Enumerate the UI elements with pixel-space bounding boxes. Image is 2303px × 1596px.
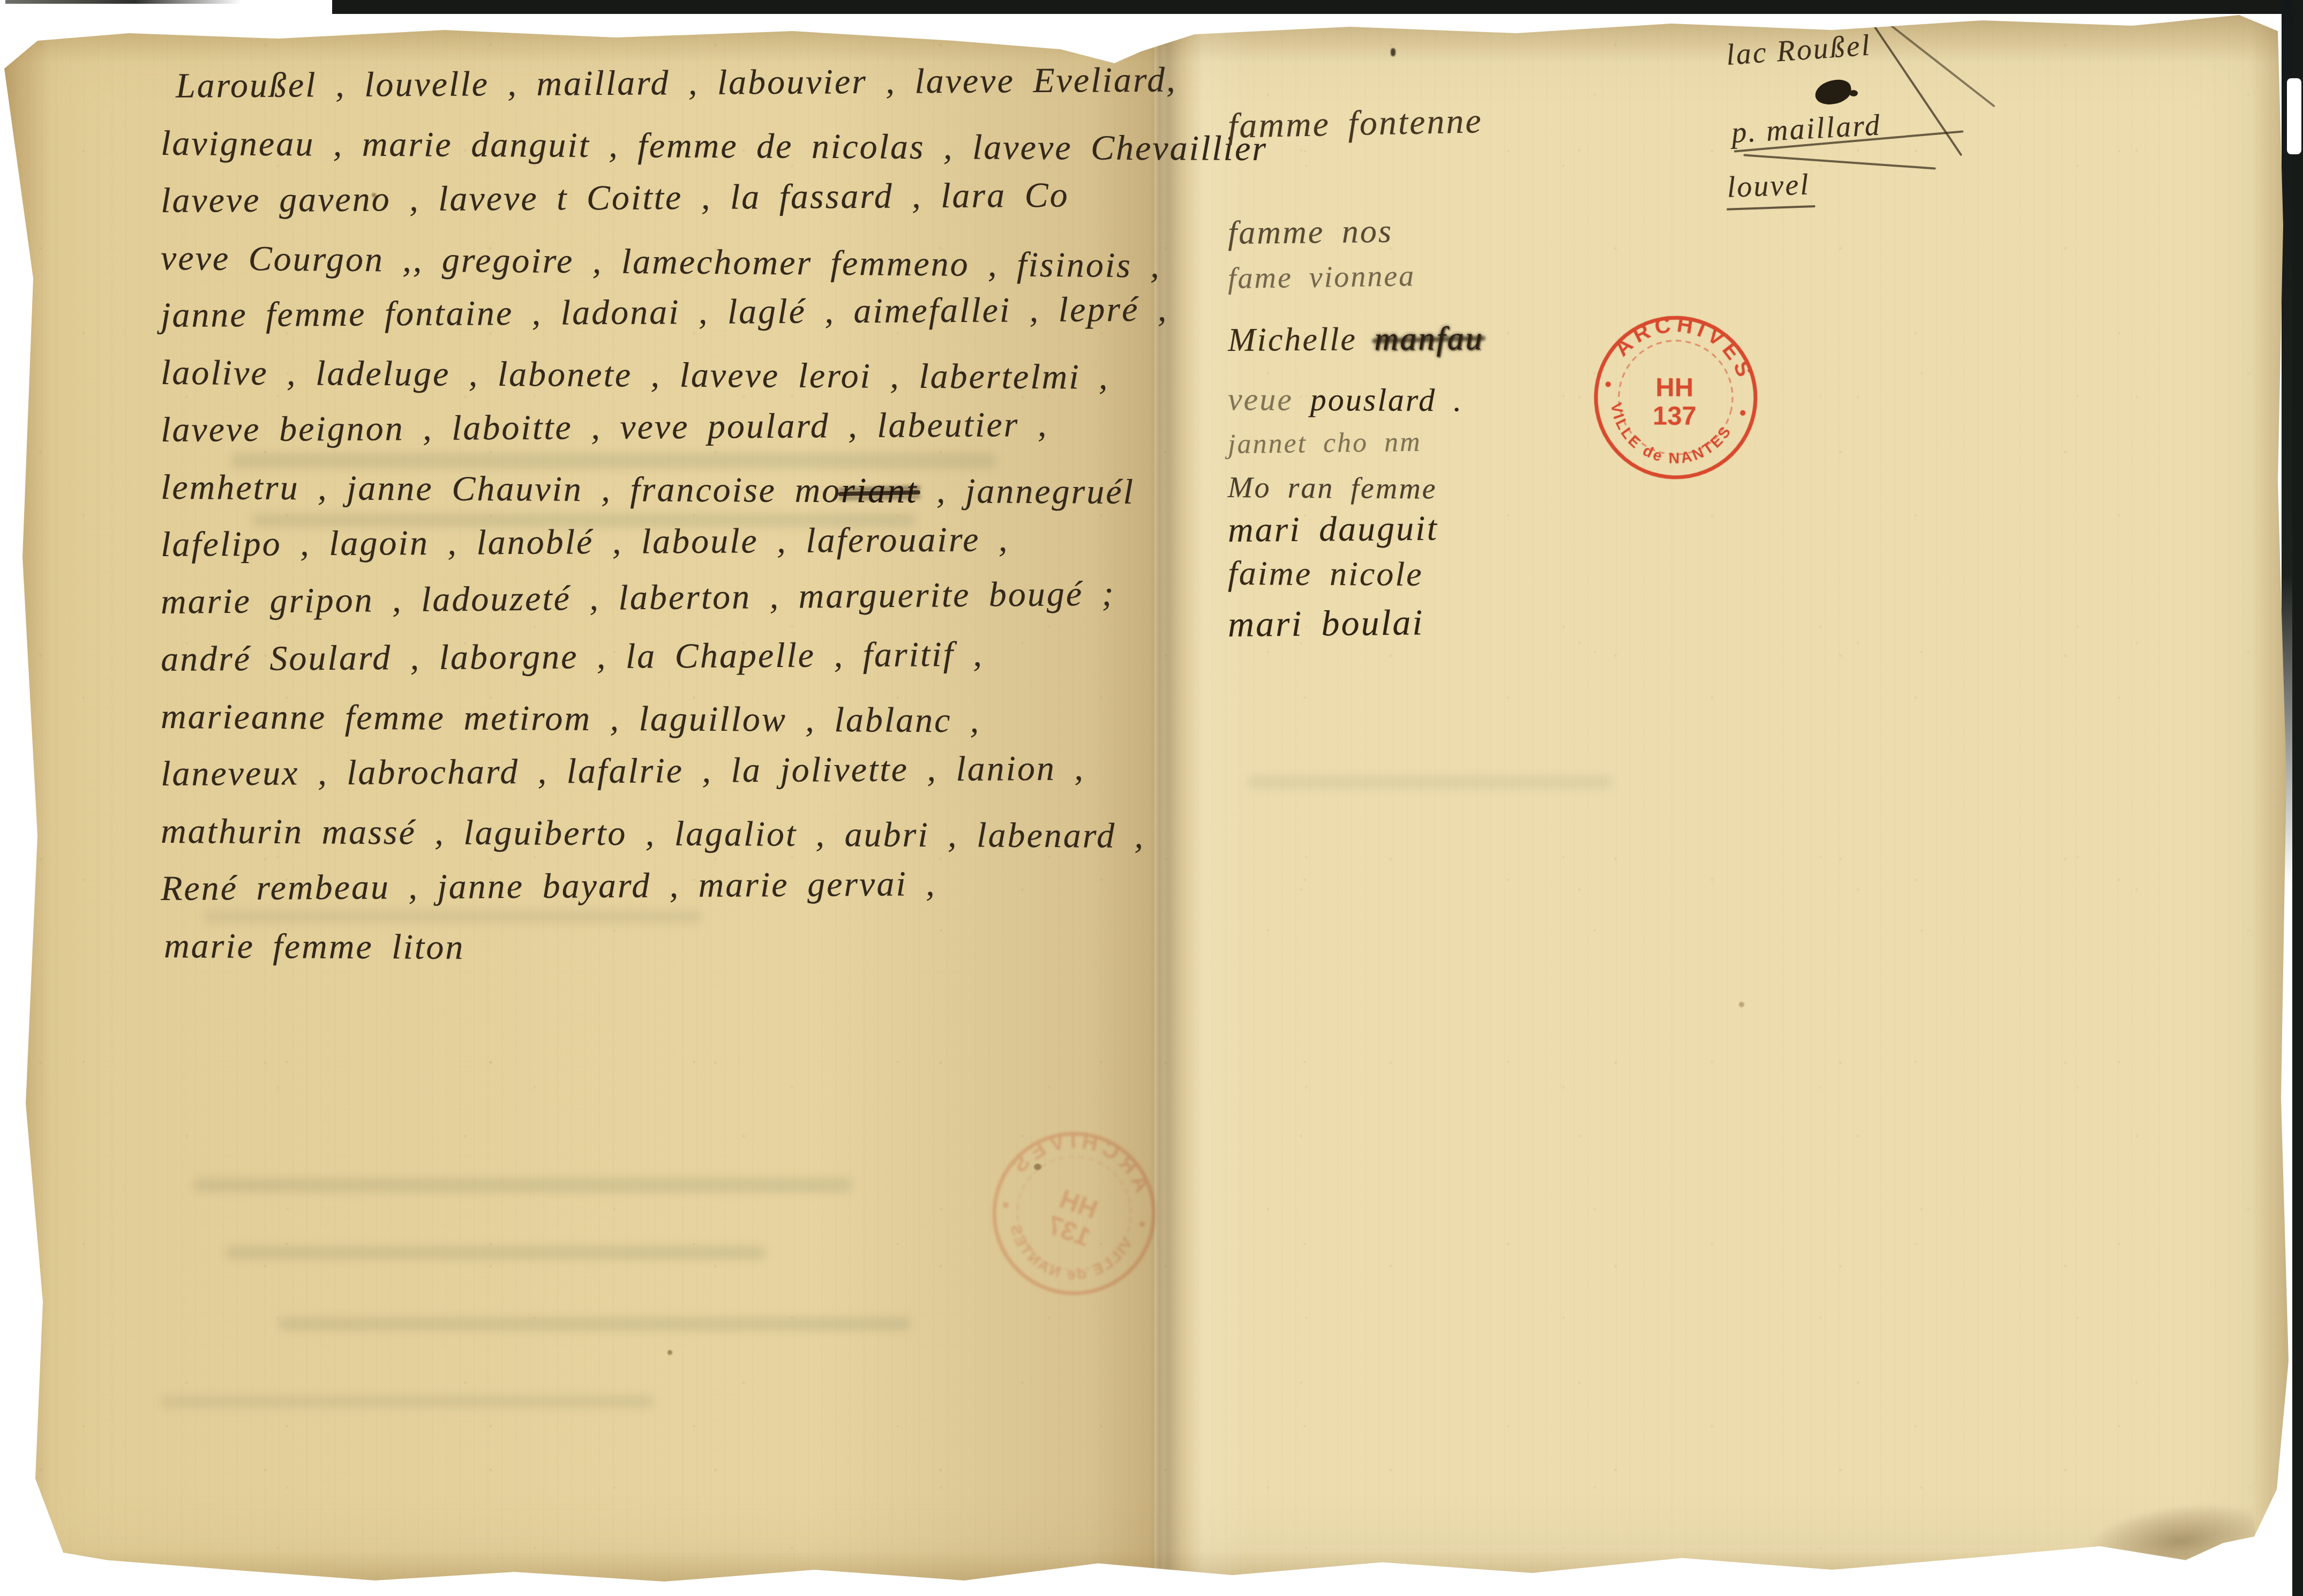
manuscript-line: marie femme liton	[161, 928, 1168, 969]
manuscript-line: laveve beignon , laboitte , veve poulard…	[161, 407, 1168, 448]
stamp-code-line1: HH	[1656, 373, 1694, 402]
scanned-manuscript: ARCHIVES VILLE de NANTES HH 137 Laroußel…	[0, 0, 2303, 1596]
corner-annotations: lac Roußel p. maillard louvel	[1726, 31, 1881, 209]
scanner-edge-mark	[5, 0, 241, 4]
ink-blot	[1849, 90, 1858, 96]
manuscript-line: faime nicole	[1228, 552, 1484, 596]
manuscript-line: Mo ran femme	[1228, 466, 1484, 511]
struck-word: riant	[841, 471, 918, 511]
manuscript-line: famme nos	[1228, 209, 1484, 254]
manuscript-line: fame vionnea	[1227, 253, 1483, 300]
manuscript-line: marieanne femme metirom , laguillow , la…	[161, 699, 1168, 739]
manuscript-line: jannet cho nm	[1228, 420, 1484, 466]
corner-note: lac Roußel	[1725, 26, 1882, 74]
paper-fleck	[667, 1350, 672, 1355]
corner-note-underlined: louvel	[1726, 166, 1815, 211]
line-text: lemhetru , janne Chauvin , francoise mo	[161, 468, 842, 510]
scanner-top-band	[332, 0, 2303, 14]
faded-word: veue	[1228, 381, 1310, 417]
manuscript-line: laneveux , labrochard , lafalrie , la jo…	[161, 751, 1168, 792]
paper-fleck	[1739, 1002, 1744, 1007]
manuscript-line: mari boulai	[1228, 600, 1484, 646]
stamp-graphic: ARCHIVES VILLE de NANTES HH 137	[981, 1121, 1167, 1306]
ink-speck	[1391, 48, 1396, 56]
manuscript-line: Laroußel , louvelle , maillard , labouvi…	[161, 63, 1168, 104]
manuscript-line-with-strikethrough: lemhetru , janne Chauvin , francoise mor…	[161, 470, 1168, 510]
left-page-name-list: Laroußel , louvelle , maillard , labouvi…	[161, 69, 1168, 986]
manuscript-line: lafelipo , lagoin , lanoblé , laboule , …	[161, 521, 1168, 563]
stamp-code-line2: 137	[1653, 402, 1697, 431]
manuscript-line: famme fontenne	[1227, 100, 1484, 148]
scanner-edge-notch	[2287, 78, 2301, 154]
scanner-right-band	[2292, 0, 2303, 1596]
bleedthrough-streak	[161, 1395, 654, 1408]
bleedthrough-streak	[225, 1246, 766, 1260]
manuscript-line: andré Soulard , laborgne , la Chapelle ,…	[161, 636, 1168, 677]
archive-stamp: ARCHIVES VILLE de NANTES HH 137	[1579, 301, 1773, 495]
archive-stamp-bleedthrough: ARCHIVES VILLE de NANTES HH 137	[981, 1121, 1167, 1306]
bleedthrough-streak	[1248, 776, 1612, 789]
bleedthrough-streak	[279, 1317, 911, 1331]
manuscript-line: mathurin massé , laguiberto , lagaliot ,…	[161, 814, 1168, 854]
manuscript-line: veue pouslard .	[1228, 378, 1484, 422]
manuscript-line: laolive , ladeluge , labonete , laveve l…	[161, 355, 1168, 395]
left-edge-shade	[0, 0, 51, 1596]
manuscript-line: janne femme fontaine , ladonai , laglé ,…	[161, 292, 1168, 333]
line-text: pouslard .	[1310, 382, 1463, 418]
bleedthrough-streak	[193, 1178, 852, 1193]
manuscript-spread: ARCHIVES VILLE de NANTES HH 137 Laroußel…	[0, 0, 2303, 1596]
manuscript-line: mari dauguit	[1228, 507, 1484, 552]
right-page-name-list: famme fontenne famme nos fame vionnea Mi…	[1228, 105, 1483, 646]
line-text: , jannegruél	[918, 471, 1135, 512]
stamp-graphic: ARCHIVES VILLE de NANTES HH 137	[1579, 301, 1773, 495]
manuscript-line: laveve gaveno , laveve t Coitte , la fas…	[161, 177, 1168, 219]
smudged-word: manfau	[1374, 320, 1483, 357]
line-text: Michelle	[1228, 321, 1375, 358]
manuscript-line: veve Courgon ,, gregoire , lamechomer fe…	[161, 241, 1168, 284]
manuscript-line-with-smudge: Michelle manfau	[1228, 317, 1484, 362]
manuscript-line: René rembeau , janne bayard , marie gerv…	[161, 865, 1168, 906]
manuscript-line: marie gripon , ladouzeté , laberton , ma…	[161, 576, 1168, 620]
manuscript-line: lavigneau , marie danguit , femme de nic…	[161, 126, 1168, 166]
